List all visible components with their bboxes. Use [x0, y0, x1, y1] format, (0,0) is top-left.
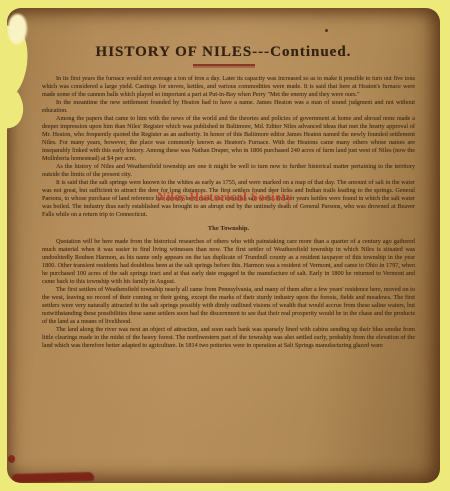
paragraph: In the meantime the new settlement found… — [42, 99, 415, 115]
title-underline — [193, 64, 255, 66]
paper-speck — [325, 29, 328, 32]
maroon-stain-strip — [12, 472, 94, 483]
document-page: HISTORY OF NILES---Continued. In its fir… — [7, 8, 440, 483]
paragraph: Among the papers that came to him with t… — [42, 115, 415, 163]
paragraph: In its first years the furnace would not… — [42, 75, 415, 99]
paragraph: As the history of Niles and Weathersfiel… — [42, 163, 415, 179]
document-body: In its first years the furnace would not… — [7, 75, 440, 350]
paragraph: It is said that the salt springs were kn… — [42, 179, 415, 219]
maroon-stain-dot — [8, 455, 15, 463]
section-heading: The Township. — [42, 225, 415, 233]
page-title: HISTORY OF NILES---Continued. — [27, 44, 420, 61]
paragraph: Quotation will be here made from the his… — [42, 238, 415, 286]
scan-background: HISTORY OF NILES---Continued. In its fir… — [0, 0, 450, 491]
paragraph: The first settlers of Weathersfield town… — [42, 286, 415, 326]
paragraph: The land along the river was next an obj… — [42, 326, 415, 350]
